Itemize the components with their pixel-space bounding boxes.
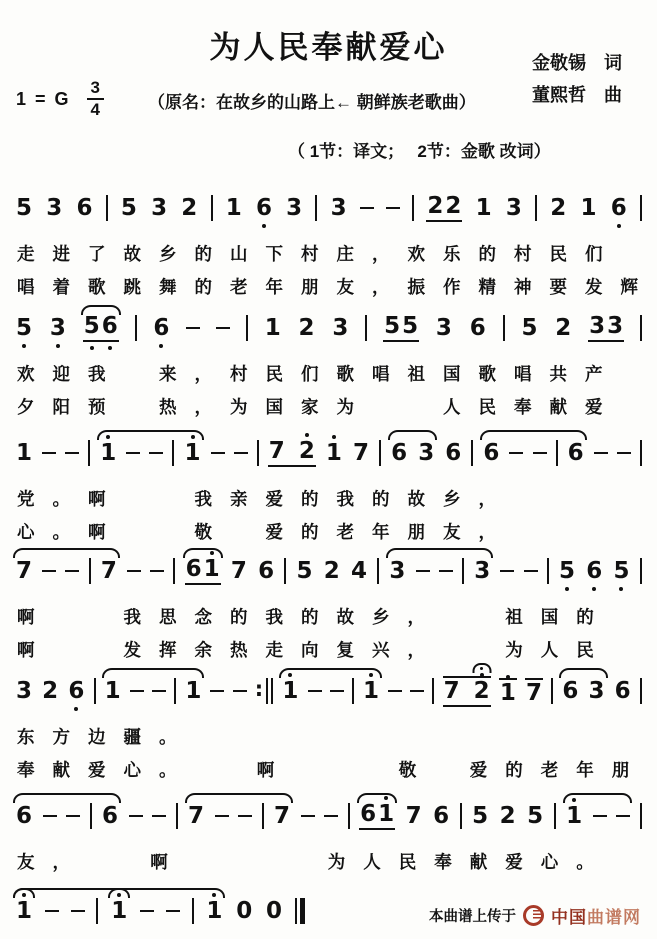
time-signature: 3 4 xyxy=(87,80,104,118)
time-denominator: 4 xyxy=(91,100,100,118)
note-digit: 1 xyxy=(565,805,583,828)
note: 6 xyxy=(75,197,93,220)
note-digit: 1 xyxy=(203,558,221,581)
lyrics-line: 欢迎我 来，村民们歌唱祖国歌唱共产 xyxy=(0,361,657,388)
note: 7 xyxy=(15,560,33,583)
tie-arc xyxy=(357,793,397,803)
note-digit: 3 xyxy=(45,197,63,220)
note: 6 xyxy=(444,442,462,465)
duration-dash xyxy=(509,452,523,455)
duration-dash xyxy=(45,910,59,913)
note-digit: 1 xyxy=(184,680,202,703)
duration-dash xyxy=(166,910,180,913)
note-digit: 1 xyxy=(580,197,598,220)
barline xyxy=(348,803,350,829)
octave-dot-low xyxy=(159,344,163,348)
duration-dash xyxy=(65,570,79,573)
duration-dash xyxy=(616,815,630,818)
octave-dot-low xyxy=(56,344,60,348)
original-name-note: （原名：在故乡的山路上← 朝鲜族老歌曲） xyxy=(148,88,476,113)
duration-dash xyxy=(130,690,144,693)
final-barline xyxy=(295,898,305,924)
duration-dash xyxy=(386,207,400,210)
note-digit: 3 xyxy=(606,315,624,338)
note: 1 xyxy=(565,805,583,828)
barline xyxy=(640,558,642,584)
note: 1 xyxy=(184,442,202,465)
note-digit: 7 xyxy=(273,805,291,828)
note: 3 xyxy=(49,317,67,340)
duration-dash xyxy=(186,327,200,330)
footer: 本曲谱上传于 中国曲谱网 xyxy=(429,903,641,928)
note-digit: 6 xyxy=(444,442,462,465)
note-digit: 1 xyxy=(15,442,33,465)
barline xyxy=(135,315,137,341)
note-digit: 2 xyxy=(473,680,491,703)
note: 1 xyxy=(325,442,343,465)
duration-dash xyxy=(234,452,248,455)
note-digit: 1 xyxy=(225,197,243,220)
duration-dash xyxy=(533,452,547,455)
duration-dash xyxy=(210,690,224,693)
note: 33 xyxy=(588,315,624,342)
note: 2 xyxy=(323,560,341,583)
note-digit: 5 xyxy=(526,805,544,828)
duration-dash xyxy=(150,570,164,573)
octave-dot-low xyxy=(74,707,78,711)
notes-row: 111721763666 xyxy=(0,430,657,476)
note-digit: 7 xyxy=(352,442,370,465)
note-digit: 1 xyxy=(499,682,517,705)
note-digit: 0 xyxy=(235,900,253,923)
repeat-dots: : xyxy=(255,679,263,700)
octave-dot-low xyxy=(619,587,623,591)
note-digit: 7 xyxy=(268,440,286,463)
note-digit: 2 xyxy=(180,197,198,220)
note-digit: 7 xyxy=(15,560,33,583)
note: 1 xyxy=(15,900,33,923)
note-digit: 5 xyxy=(83,315,101,338)
octave-dot-low xyxy=(617,224,621,228)
note: 6 xyxy=(610,197,628,220)
note-digit: 6 xyxy=(257,560,275,583)
octave-dot-high xyxy=(506,675,510,679)
note-digit: 6 xyxy=(67,680,85,703)
duration-dash xyxy=(152,815,166,818)
tie-arc xyxy=(386,548,493,558)
note: 6 xyxy=(567,442,585,465)
barline xyxy=(94,678,96,704)
note: 4 xyxy=(350,560,368,583)
barline xyxy=(174,678,176,704)
music-system-5: 32611:117217636东方边疆。奉献爱心。 啊 敬 爱的老年朋 xyxy=(0,668,657,784)
note-digit: 3 xyxy=(331,317,349,340)
duration-dash xyxy=(439,570,453,573)
barline xyxy=(315,195,317,221)
barline xyxy=(271,678,273,704)
music-system-2: 5356612355365233欢迎我 来，村民们歌唱祖国歌唱共产夕阳预 热，为… xyxy=(0,305,657,421)
note-digit: 2 xyxy=(499,805,517,828)
note: 3 xyxy=(330,197,348,220)
note-digit: 7 xyxy=(405,805,423,828)
barline xyxy=(640,315,642,341)
lyrics-line: 心。啊 敬 爱的老年朋友， xyxy=(0,519,657,546)
note-digit: 7 xyxy=(230,560,248,583)
note-digit: 1 xyxy=(15,900,33,923)
duration-dash xyxy=(42,570,56,573)
note-digit: 5 xyxy=(612,560,630,583)
barline xyxy=(88,440,90,466)
note-digit: 2 xyxy=(298,440,316,463)
note: 1 xyxy=(264,317,282,340)
key-text: 1 = G xyxy=(16,89,71,110)
barline xyxy=(535,195,537,221)
verse-note: （ 1节：译文； 2节：金歌 改词） xyxy=(288,137,551,162)
barline xyxy=(460,803,462,829)
note-digit: 3 xyxy=(505,197,523,220)
note: 1 xyxy=(281,680,299,703)
note-digit: 3 xyxy=(588,680,606,703)
tie-arc xyxy=(102,668,204,678)
octave-dot-high xyxy=(305,433,309,437)
duration-dash xyxy=(500,570,514,573)
note: 6 xyxy=(390,442,408,465)
note: 1 xyxy=(499,678,517,705)
barline xyxy=(640,678,642,704)
note: 1 xyxy=(15,442,33,465)
barline xyxy=(503,315,505,341)
note: 6 xyxy=(257,560,275,583)
note-digit: 5 xyxy=(558,560,576,583)
upload-credit-text: 本曲谱上传于 xyxy=(429,905,516,926)
octave-dot-low xyxy=(22,344,26,348)
note-digit: 3 xyxy=(417,442,435,465)
duration-dash xyxy=(65,452,79,455)
note-digit: 6 xyxy=(75,197,93,220)
note: 6 xyxy=(432,805,450,828)
duration-dash xyxy=(152,690,166,693)
note-digit: 1 xyxy=(184,442,202,465)
note-digit: 2 xyxy=(323,560,341,583)
barline xyxy=(432,678,434,704)
note-digit: 5 xyxy=(520,317,538,340)
note-digit: 3 xyxy=(49,317,67,340)
note: 5 xyxy=(120,197,138,220)
note-digit: 3 xyxy=(330,197,348,220)
lyrics-line: 唱着歌跳舞的老年朋友，振作精神要发辉 xyxy=(0,274,657,301)
notes-row: 5356612355365233 xyxy=(0,305,657,351)
duration-dash xyxy=(360,207,374,210)
note-digit: 1 xyxy=(377,803,395,826)
note: 3 xyxy=(588,680,606,703)
note-digit: 3 xyxy=(588,315,606,338)
tie-arc xyxy=(13,548,120,558)
note-digit: 5 xyxy=(383,315,401,338)
duration-dash xyxy=(140,910,154,913)
note-digit: 5 xyxy=(296,560,314,583)
note: 5 xyxy=(471,805,489,828)
music-system-3: 111721763666党。啊 我亲爱的我的故乡，心。啊 敬 爱的老年朋友， xyxy=(0,430,657,546)
note: 3 xyxy=(285,197,303,220)
barline xyxy=(352,678,354,704)
note-digit: 6 xyxy=(614,680,632,703)
note-digit: 2 xyxy=(549,197,567,220)
note: 6 xyxy=(67,680,85,703)
duration-dash xyxy=(330,690,344,693)
lyrics-line: 走进了故乡的山下村庄，欢乐的村民们 xyxy=(0,241,657,268)
barline xyxy=(551,678,553,704)
barline xyxy=(211,195,213,221)
note-digit: 7 xyxy=(443,680,461,703)
note: 1 xyxy=(104,680,122,703)
barline xyxy=(284,558,286,584)
lyricist: 金敬锡 词 xyxy=(532,53,622,73)
barline xyxy=(257,440,259,466)
tie-arc xyxy=(185,793,293,803)
barline xyxy=(89,558,91,584)
note: 1 xyxy=(205,900,223,923)
duration-dash xyxy=(71,910,85,913)
key-signature: 1 = G 3 4 xyxy=(16,80,104,118)
barline xyxy=(377,558,379,584)
note-digit: 3 xyxy=(435,317,453,340)
note-digit: 1 xyxy=(110,900,128,923)
note: 3 xyxy=(417,442,435,465)
tie-arc xyxy=(480,430,587,440)
note: 56 xyxy=(83,315,119,342)
note: 3 xyxy=(473,560,491,583)
tie-arc xyxy=(81,305,121,315)
octave-dot-low xyxy=(108,346,112,350)
music-system-1: 53653216332213216走进了故乡的山下村庄，欢乐的村民们唱着歌跳舞的… xyxy=(0,185,657,301)
note-digit: 3 xyxy=(473,560,491,583)
note: 3 xyxy=(388,560,406,583)
barline xyxy=(640,195,642,221)
note: 3 xyxy=(15,680,33,703)
note-digit: 6 xyxy=(390,442,408,465)
note-digit: 3 xyxy=(388,560,406,583)
barline xyxy=(554,803,556,829)
note-digit: 0 xyxy=(265,900,283,923)
barline xyxy=(246,315,248,341)
note: 3 xyxy=(331,317,349,340)
duration-dash xyxy=(388,690,402,693)
octave-dot-high xyxy=(480,673,484,677)
tie-arc xyxy=(183,548,223,558)
note: 0 xyxy=(265,900,283,923)
octave-dot-low xyxy=(262,224,266,228)
authors-block: 金敬锡 词董熙哲 曲 xyxy=(532,47,622,111)
note: 5 xyxy=(520,317,538,340)
note-digit: 5 xyxy=(120,197,138,220)
note-digit: 6 xyxy=(432,805,450,828)
note: 6 xyxy=(152,317,170,340)
note-digit: 1 xyxy=(205,900,223,923)
note: 55 xyxy=(383,315,419,342)
note-digit: 1 xyxy=(362,680,380,703)
note: 6 xyxy=(482,442,500,465)
note-digit: 2 xyxy=(554,317,572,340)
note: 7 xyxy=(273,805,291,828)
note: 5 xyxy=(15,317,33,340)
barline xyxy=(412,195,414,221)
note: 1 xyxy=(580,197,598,220)
barline xyxy=(266,678,268,704)
note-digit: 3 xyxy=(285,197,303,220)
note: 5 xyxy=(15,197,33,220)
tie-arc xyxy=(559,668,608,678)
notes-row: 53653216332213216 xyxy=(0,185,657,231)
notes-row: 11100 xyxy=(0,888,320,934)
note-digit: 6 xyxy=(561,680,579,703)
barline xyxy=(471,440,473,466)
barline xyxy=(90,803,92,829)
note: 7 xyxy=(187,805,205,828)
note: 7 xyxy=(405,805,423,828)
duration-dash xyxy=(42,452,56,455)
note-digit: 6 xyxy=(255,197,273,220)
note-digit: 6 xyxy=(359,803,377,826)
note: 5 xyxy=(558,560,576,583)
note: 1 xyxy=(99,442,117,465)
barline xyxy=(547,558,549,584)
duration-dash xyxy=(129,815,143,818)
duration-dash xyxy=(233,690,247,693)
lyrics-line: 党。啊 我亲爱的我的故乡， xyxy=(0,486,657,513)
note: 2 xyxy=(499,805,517,828)
note-digit: 2 xyxy=(426,195,444,218)
note: 3 xyxy=(435,317,453,340)
note: 2 xyxy=(554,317,572,340)
note-digit: 6 xyxy=(152,317,170,340)
duration-dash xyxy=(593,815,607,818)
duration-dash xyxy=(238,815,252,818)
note-digit: 7 xyxy=(100,560,118,583)
barline xyxy=(176,803,178,829)
duration-dash xyxy=(66,815,80,818)
duration-dash xyxy=(416,570,430,573)
note: 1 xyxy=(475,197,493,220)
note-digit: 2 xyxy=(41,680,59,703)
tie-arc xyxy=(388,430,437,440)
duration-dash xyxy=(410,690,424,693)
note-digit: 1 xyxy=(325,442,343,465)
note: 5 xyxy=(612,560,630,583)
lyrics-line: 啊 我思念的我的故乡， 祖国的 xyxy=(0,604,657,631)
note: 22 xyxy=(426,195,462,222)
duration-dash xyxy=(617,452,631,455)
octave-dot-low xyxy=(565,587,569,591)
tie-arc xyxy=(97,430,204,440)
note: 1 xyxy=(362,680,380,703)
note: 6 xyxy=(15,805,33,828)
lyrics-line: 夕阳预 热，为国家为 人民奉献爱 xyxy=(0,394,657,421)
note: 3 xyxy=(505,197,523,220)
note-digit: 1 xyxy=(281,680,299,703)
note: 0 xyxy=(235,900,253,923)
barline xyxy=(192,898,194,924)
note: 6 xyxy=(614,680,632,703)
notes-row: 77617652433565 xyxy=(0,548,657,594)
lyrics-line: 奉献爱心。 啊 敬 爱的老年朋 xyxy=(0,757,657,784)
barline xyxy=(106,195,108,221)
duration-dash xyxy=(43,815,57,818)
note: 2 xyxy=(180,197,198,220)
site-name: 中国曲谱网 xyxy=(551,903,641,928)
note-digit: 5 xyxy=(401,315,419,338)
barline xyxy=(262,803,264,829)
note-digit: 5 xyxy=(471,805,489,828)
tie-arc xyxy=(13,793,121,803)
note-digit: 6 xyxy=(15,805,33,828)
note: 72 xyxy=(443,676,491,707)
note-digit: 5 xyxy=(15,317,33,340)
note: 2 xyxy=(298,317,316,340)
note: 6 xyxy=(101,805,119,828)
duration-dash xyxy=(127,570,141,573)
notes-row: 32611:117217636 xyxy=(0,668,657,714)
barline xyxy=(640,803,642,829)
note-digit: 1 xyxy=(264,317,282,340)
note: 7 xyxy=(230,560,248,583)
note: 3 xyxy=(150,197,168,220)
note: 7 xyxy=(525,678,543,705)
barline xyxy=(172,440,174,466)
note-digit: 7 xyxy=(525,682,543,705)
note: 6 xyxy=(469,317,487,340)
duration-dash xyxy=(149,452,163,455)
barline xyxy=(462,558,464,584)
lyrics-line: 东方边疆。 xyxy=(0,724,657,751)
note-digit: 6 xyxy=(101,315,119,338)
lyrics-line: 啊 发挥余热走向复兴， 为人民 xyxy=(0,637,657,664)
tie-arc xyxy=(279,668,382,678)
note-digit: 3 xyxy=(15,680,33,703)
site-name-light: 曲谱网 xyxy=(587,908,641,927)
note: 2 xyxy=(41,680,59,703)
note-digit: 6 xyxy=(185,558,203,581)
note-digit: 6 xyxy=(101,805,119,828)
site-logo-icon xyxy=(523,905,544,926)
note-digit: 1 xyxy=(475,197,493,220)
note: 5 xyxy=(526,805,544,828)
music-system-4: 77617652433565啊 我思念的我的故乡， 祖国的啊 发挥余热走向复兴，… xyxy=(0,548,657,664)
octave-dot-high xyxy=(332,435,336,439)
tie-arc xyxy=(563,793,632,803)
note: 7 xyxy=(352,442,370,465)
note: 1 xyxy=(184,680,202,703)
note-digit: 3 xyxy=(150,197,168,220)
note-digit: 2 xyxy=(298,317,316,340)
barline xyxy=(379,440,381,466)
note: 1 xyxy=(225,197,243,220)
duration-dash xyxy=(301,815,315,818)
duration-dash xyxy=(126,452,140,455)
barline xyxy=(640,440,642,466)
note-digit: 6 xyxy=(585,560,603,583)
note: 6 xyxy=(585,560,603,583)
composer: 董熙哲 曲 xyxy=(532,85,622,105)
duration-dash xyxy=(324,815,338,818)
note-digit: 1 xyxy=(104,680,122,703)
barline xyxy=(173,558,175,584)
note-digit: 4 xyxy=(350,560,368,583)
duration-dash xyxy=(215,815,229,818)
note-digit: 2 xyxy=(444,195,462,218)
note: 7 xyxy=(100,560,118,583)
notes-row: 667761765251 xyxy=(0,793,657,839)
note: 3 xyxy=(45,197,63,220)
